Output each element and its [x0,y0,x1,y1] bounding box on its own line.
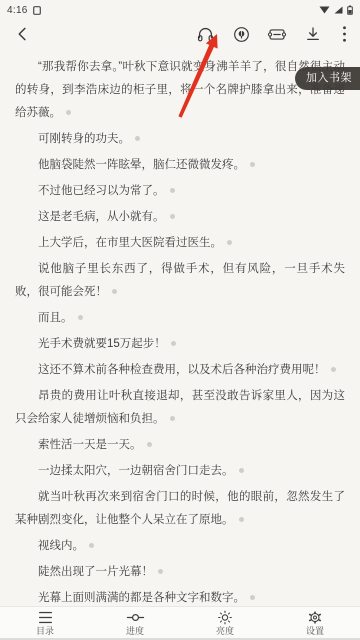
paragraph-text: 他脑袋陡然一阵眩晕，脑仁还微微发疼。 [38,159,245,171]
brightness-icon [217,610,233,625]
paragraph: 这是老毛病，从小就有。 [15,206,345,229]
paragraph: 就当叶秋再次来到宿舍门口的时候，他的眼前，忽然发生了某种剧烈变化，让他整个人呆立… [15,486,345,532]
reader-screen: 4:16 [0,0,360,640]
paragraph-text: 就当叶秋再次来到宿舍门口的时候，他的眼前，忽然发生了某种剧烈变化，让他整个人呆立… [15,491,345,526]
paragraph-text: 视线内。 [38,540,84,552]
paragraph-comment-dot[interactable] [158,569,163,574]
back-button[interactable] [12,23,34,45]
download-button[interactable] [302,23,324,45]
paragraph: 上大学后，在市里大医院看过医生。 [15,232,345,255]
paragraph: “那我帮你去拿。”叶秋下意识就变身沸羊羊了，很自然很主动的转身，到李浩床边的柜子… [15,56,345,125]
paragraph: 视线内。 [15,535,345,558]
reading-content[interactable]: “那我帮你去拿。”叶秋下意识就变身沸羊羊了，很自然很主动的转身，到李浩床边的柜子… [0,48,360,607]
reader-toolbar [0,18,360,50]
tab-catalog-label: 目录 [36,626,54,636]
paragraph-comment-dot[interactable] [147,442,152,447]
paragraph-text: 光手术费就要15万起步！ [38,338,166,350]
paragraph-text: 不过他已经习以为常了。 [38,185,165,197]
paragraph-text: 这是老毛病，从小就有。 [38,211,165,223]
paragraph-comment-dot[interactable] [66,110,71,115]
paragraph: 不过他已经习以为常了。 [15,180,345,203]
paragraph-comment-dot[interactable] [170,188,175,193]
paragraph: 一边揉太阳穴，一边朝宿舍门口走去。 [15,460,345,483]
tab-progress-label: 进度 [126,626,144,636]
paragraph-comment-dot[interactable] [135,136,140,141]
paragraph: 陡然出现了一片光幕！ [15,561,345,584]
paragraph-text: 光幕上面则满满的都是各种文字和数字。 [38,592,245,604]
paragraph-text: 索性活一天是一天。 [38,439,142,451]
paragraph-text: 可刚转身的功夫。 [38,133,130,145]
paragraph-text: “那我帮你去拿。”叶秋下意识就变身沸羊羊了，很自然很主动的转身，到李浩床边的柜子… [15,61,345,119]
tab-brightness-label: 亮度 [216,626,234,636]
paragraph-comment-dot[interactable] [239,517,244,522]
download-icon [304,25,322,43]
paragraph: 他脑袋陡然一阵眩晕，脑仁还微微发疼。 [15,154,345,177]
paragraph-comment-dot[interactable] [250,162,255,167]
add-to-shelf-button[interactable]: 加入书架 [295,67,360,90]
progress-icon [126,610,145,625]
ticket-button[interactable] [266,23,288,45]
paragraph: 说他脑子里长东西了，得做手术，但有风险，一旦手术失败，很可能会死！ [15,258,345,304]
tab-catalog[interactable]: 目录 [0,607,90,640]
paragraph-comment-dot[interactable] [239,468,244,473]
paragraph-text: 昂贵的费用让叶秋直接退却，甚至没敢告诉家里人，因为这只会给家人徒增烦恼和负担。 [15,390,345,425]
listen-button[interactable] [194,23,216,45]
more-button[interactable] [338,23,350,45]
tab-brightness[interactable]: 亮度 [180,607,270,640]
paragraph: 而且。 [15,307,345,330]
paragraph-comment-dot[interactable] [170,214,175,219]
paragraph: 索性活一天是一天。 [15,434,345,457]
paragraph-comment-dot[interactable] [89,543,94,548]
tab-settings-label: 设置 [306,626,324,636]
status-bar: 4:16 [0,0,360,18]
bottom-toolbar: 目录 进度 [0,606,360,640]
paragraph-comment-dot[interactable] [78,315,83,320]
paragraph-text: 这还不算术前各种检查费用，以及术后各种治疗费用呢！ [38,364,326,376]
paragraph-text: 上大学后，在市里大医院看过医生。 [38,237,222,249]
wifi-icon [319,6,330,14]
paragraph-comment-dot[interactable] [227,240,232,245]
paragraph-comment-dot[interactable] [250,595,255,600]
more-icon [342,25,347,43]
paragraph-comment-dot[interactable] [112,289,117,294]
headphones-icon [196,25,215,44]
clock: 4:16 [7,5,28,16]
paragraph-text: 说他脑子里长东西了，得做手术，但有风险，一旦手术失败，很可能会死！ [15,263,345,298]
tab-settings[interactable]: 设置 [270,607,360,640]
back-icon [14,25,32,43]
paragraph: 可刚转身的功夫。 [15,128,345,151]
paragraph-comment-dot[interactable] [331,367,336,372]
paragraph-comment-dot[interactable] [171,341,176,346]
reward-button[interactable] [230,23,252,45]
signal-icon [334,6,343,14]
settings-icon [307,610,323,625]
paragraph: 光手术费就要15万起步！ [15,333,345,356]
paragraph: 昂贵的费用让叶秋直接退却，甚至没敢告诉家里人，因为这只会给家人徒增烦恼和负担。 [15,385,345,431]
ticket-icon [267,25,287,44]
paragraph: 这还不算术前各种检查费用，以及术后各种治疗费用呢！ [15,359,345,382]
reward-icon [232,25,251,44]
paragraph-comment-dot[interactable] [170,416,175,421]
paragraph: 光幕上面则满满的都是各种文字和数字。 [15,587,345,607]
battery-icon [347,5,353,15]
tab-progress[interactable]: 进度 [90,607,180,640]
paragraph-text: 而且。 [38,312,73,324]
app-notification-icon [33,6,41,15]
menu-icon [37,610,54,625]
paragraph-text: 一边揉太阳穴，一边朝宿舍门口走去。 [38,465,234,477]
paragraph-text: 陡然出现了一片光幕！ [38,566,153,578]
